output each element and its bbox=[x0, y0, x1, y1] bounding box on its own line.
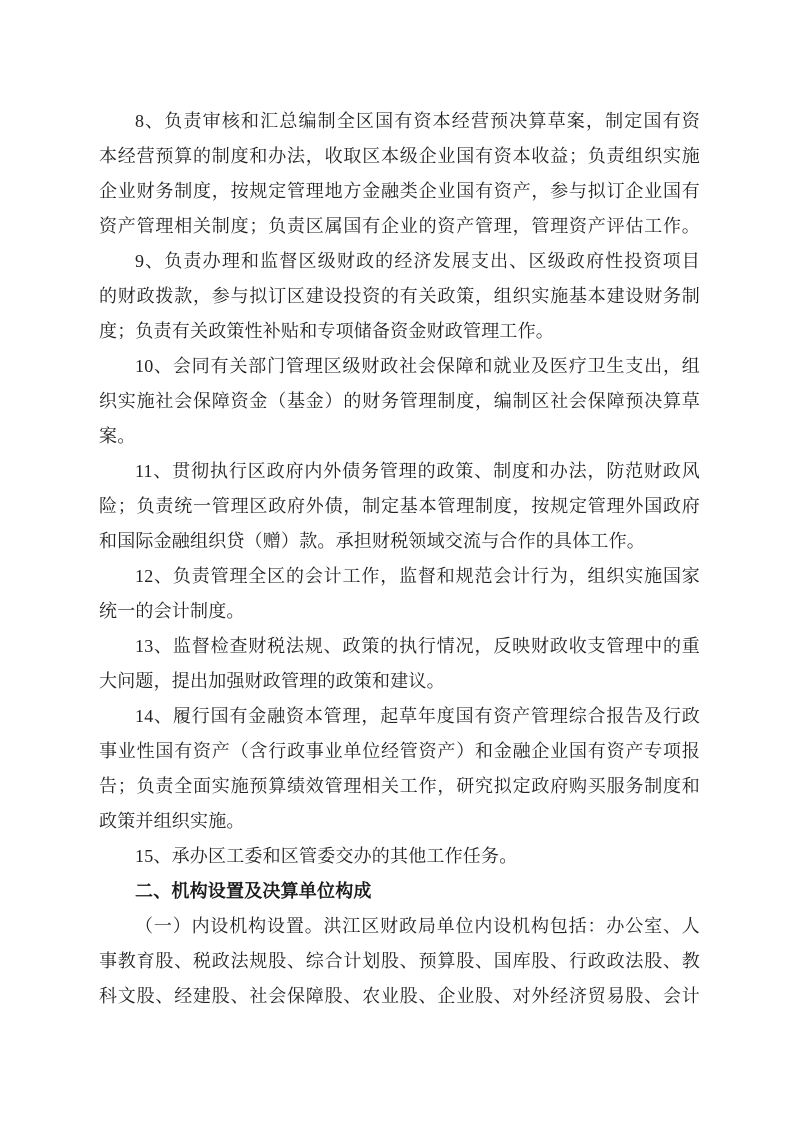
text-line: 事教育股、税政法规股、综合计划股、预算股、国库股、行政政法股、教 bbox=[99, 944, 700, 979]
text-line: 15、承办区工委和区管委交办的其他工作任务。 bbox=[99, 839, 700, 874]
text-line: 12、负责管理全区的会计工作，监督和规范会计行为，组织实施国家 bbox=[99, 559, 700, 594]
text-line: 9、负责办理和监督区级财政的经济发展支出、区级政府性投资项目 bbox=[99, 244, 700, 279]
paragraph-item-14: 14、履行国有金融资本管理，起草年度国有资产管理综合报告及行政 事业性国有资产（… bbox=[99, 699, 700, 839]
text-line: 8、负责审核和汇总编制全区国有资本经营预决算草案，制定国有资 bbox=[99, 104, 700, 139]
text-line: 政策并组织实施。 bbox=[99, 804, 700, 839]
text-line: 10、会同有关部门管理区级财政社会保障和就业及医疗卫生支出，组 bbox=[99, 349, 700, 384]
section-heading-text: 二、机构设置及决算单位构成 bbox=[99, 874, 700, 909]
text-line: （一）内设机构设置。洪江区财政局单位内设机构包括：办公室、人 bbox=[99, 909, 700, 944]
text-line: 本经营预算的制度和办法，收取区本级企业国有资本收益；负责组织实施 bbox=[99, 139, 700, 174]
text-line: 大问题，提出加强财政管理的政策和建议。 bbox=[99, 664, 700, 699]
text-line: 11、贯彻执行区政府内外债务管理的政策、制度和办法，防范财政风 bbox=[99, 454, 700, 489]
document-page: 8、负责审核和汇总编制全区国有资本经营预决算草案，制定国有资 本经营预算的制度和… bbox=[0, 0, 793, 1122]
text-line: 科文股、经建股、社会保障股、农业股、企业股、对外经济贸易股、会计 bbox=[99, 979, 700, 1014]
text-line: 险；负责统一管理区政府外债，制定基本管理制度，按规定管理外国政府 bbox=[99, 489, 700, 524]
document-text-block: 8、负责审核和汇总编制全区国有资本经营预决算草案，制定国有资 本经营预算的制度和… bbox=[99, 104, 700, 1014]
text-line: 织实施社会保障资金（基金）的财务管理制度，编制区社会保障预决算草 bbox=[99, 384, 700, 419]
paragraph-item-11: 11、贯彻执行区政府内外债务管理的政策、制度和办法，防范财政风 险；负责统一管理… bbox=[99, 454, 700, 559]
text-line: 告；负责全面实施预算绩效管理相关工作，研究拟定政府购买服务制度和 bbox=[99, 769, 700, 804]
text-line: 事业性国有资产（含行政事业单位经管资产）和金融企业国有资产专项报 bbox=[99, 734, 700, 769]
paragraph-item-8: 8、负责审核和汇总编制全区国有资本经营预决算草案，制定国有资 本经营预算的制度和… bbox=[99, 104, 700, 244]
text-line: 度；负责有关政策性补贴和专项储备资金财政管理工作。 bbox=[99, 314, 700, 349]
section-heading-2: 二、机构设置及决算单位构成 bbox=[99, 874, 700, 909]
text-line: 案。 bbox=[99, 419, 700, 454]
paragraph-item-12: 12、负责管理全区的会计工作，监督和规范会计行为，组织实施国家 统一的会计制度。 bbox=[99, 559, 700, 629]
text-line: 资产管理相关制度；负责区属国有企业的资产管理，管理资产评估工作。 bbox=[99, 209, 700, 244]
text-line: 企业财务制度，按规定管理地方金融类企业国有资产，参与拟订企业国有 bbox=[99, 174, 700, 209]
text-line: 14、履行国有金融资本管理，起草年度国有资产管理综合报告及行政 bbox=[99, 699, 700, 734]
paragraph-item-13: 13、监督检查财税法规、政策的执行情况，反映财政收支管理中的重 大问题，提出加强… bbox=[99, 629, 700, 699]
paragraph-item-15: 15、承办区工委和区管委交办的其他工作任务。 bbox=[99, 839, 700, 874]
paragraph-item-10: 10、会同有关部门管理区级财政社会保障和就业及医疗卫生支出，组 织实施社会保障资… bbox=[99, 349, 700, 454]
text-line: 统一的会计制度。 bbox=[99, 594, 700, 629]
text-line: 13、监督检查财税法规、政策的执行情况，反映财政收支管理中的重 bbox=[99, 629, 700, 664]
text-line: 的财政拨款，参与拟订区建设投资的有关政策，组织实施基本建设财务制 bbox=[99, 279, 700, 314]
text-line: 和国际金融组织贷（赠）款。承担财税领域交流与合作的具体工作。 bbox=[99, 524, 700, 559]
paragraph-subitem-1: （一）内设机构设置。洪江区财政局单位内设机构包括：办公室、人 事教育股、税政法规… bbox=[99, 909, 700, 1014]
paragraph-item-9: 9、负责办理和监督区级财政的经济发展支出、区级政府性投资项目 的财政拨款，参与拟… bbox=[99, 244, 700, 349]
